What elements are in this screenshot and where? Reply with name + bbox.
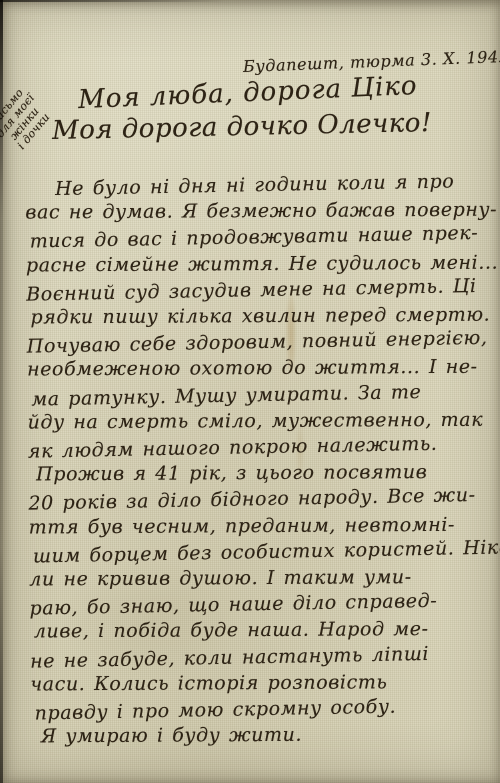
letter-body: Не було ні дня ні години коли я провас н…: [25, 170, 500, 751]
body-line: Я умираю і буду жити.: [41, 721, 500, 750]
margin-note: Письмодля моєїжінкиі дочки: [0, 84, 56, 155]
dateline: Будапешт, тюрма 3. X. 1942: [243, 47, 500, 76]
photo-left-edge: [0, 0, 3, 783]
letter-photograph: Будапешт, тюрма 3. X. 1942 Письмодля моє…: [0, 0, 500, 783]
photo-top-edge: [0, 0, 225, 2]
